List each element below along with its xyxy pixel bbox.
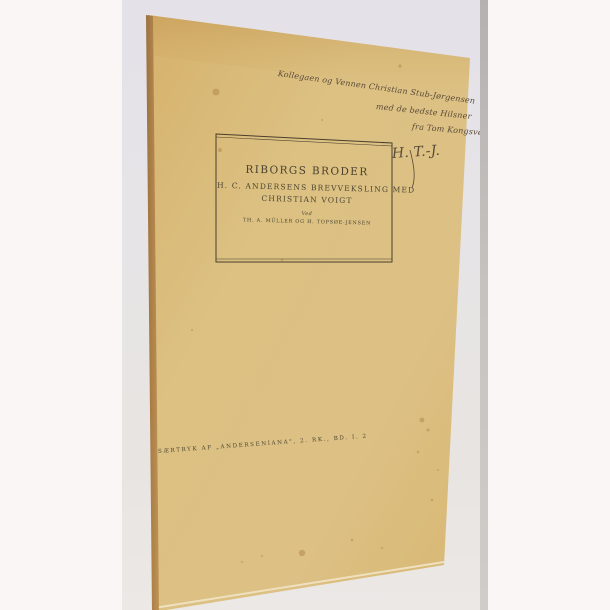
booklet: RIBORGS BRODER H. C. ANDERSENS BREVVEKSL…	[122, 0, 488, 610]
page-canvas: RIBORGS BRODER H. C. ANDERSENS BREVVEKSL…	[0, 0, 610, 610]
inscription-signature: H. T.-J.	[391, 143, 440, 162]
product-photo: RIBORGS BRODER H. C. ANDERSENS BREVVEKSL…	[122, 0, 488, 610]
